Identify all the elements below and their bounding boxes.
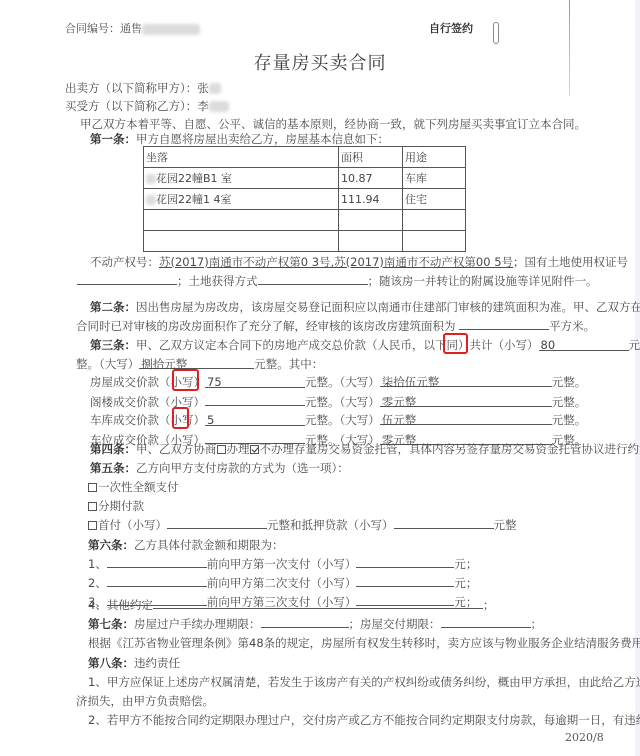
- price-item-mid: 元整。（大写）: [305, 375, 380, 389]
- article-3-text: 甲、乙双方议定本合同下的房地产成交总价款（人民币，以下同）共计（小写）: [136, 338, 539, 352]
- article-2-line2: 合同时已对审核的房改房面积作了充分了解，经审核的该房改房建筑面积为 平方米。: [76, 318, 595, 334]
- price-item-small: 5: [205, 413, 305, 426]
- price-item-row: 阁楼成交价款（小写）元整。（大写）零元整元整。: [90, 393, 586, 410]
- installment-amount-blank: [356, 575, 454, 587]
- cell-area: [339, 231, 403, 252]
- article-5-heading: 第五条：: [90, 461, 136, 475]
- header-area: 面积: [339, 147, 403, 168]
- installment-number: 1、: [88, 557, 107, 571]
- article-6-text: 乙方具体付款金额和期限为：: [134, 538, 284, 552]
- article-1-intro: 第一条：甲方自愿将房屋出卖给乙方，房屋基本信息如下：: [90, 131, 389, 147]
- redacted-block: [146, 195, 156, 205]
- installment-date-blank: [107, 575, 207, 587]
- clause-1-line2: 济损失，由甲方负责赔偿。: [76, 693, 214, 709]
- location-text: 花园22幢B1 室: [156, 172, 232, 185]
- article-7-heading: 第七条：: [88, 617, 134, 631]
- installment-checkbox[interactable]: [88, 502, 97, 511]
- installment-row: 2、前向甲方第二次支付（小写）元；: [88, 575, 477, 591]
- attachment-note: ；随该房一并转让的附属设施等详见附件一。: [368, 274, 598, 288]
- land-cert-blank: [77, 273, 177, 285]
- buyer-label: 买受方（以下简称乙方）：: [65, 99, 197, 113]
- cell-usage: 住宅: [403, 189, 466, 210]
- escrow-not-handle-label: 不办理存量房交易资金托管，具体内容另签存量房交易资金托管协议进行约定。: [260, 442, 640, 456]
- installment-number: 2、: [88, 576, 107, 590]
- article-3-line1: 第三条：甲、乙双方议定本合同下的房地产成交总价款（人民币，以下同）共计（小写）8…: [90, 337, 640, 353]
- clause-2-line: 2、若甲方不能按合同约定期限办理过户，交付房产或乙方不能按合同约定期限支付房款，…: [88, 712, 640, 728]
- cell-usage: [403, 210, 466, 231]
- installment-end: 元；: [454, 576, 477, 590]
- redacted-block: [142, 24, 200, 35]
- installment-text: 前向甲方第一次支付（小写）: [207, 557, 357, 571]
- article-1-heading: 第一条：: [90, 132, 136, 146]
- page-edge-line: [569, 0, 570, 96]
- escrow-handle-label: 办理: [227, 442, 250, 456]
- print-date: 2020/8: [565, 731, 604, 744]
- article-6-heading: 第六条：: [88, 538, 134, 552]
- price-item-mid: 元整。（大写）: [305, 413, 380, 427]
- installment-text: 前向甲方第二次支付（小写）: [207, 576, 357, 590]
- article-3-heading: 第三条：: [90, 338, 136, 352]
- yuan-label: 元整: [494, 518, 517, 532]
- article-3-line2: 整。（大写）捌拾元整元整。其中：: [76, 356, 323, 372]
- article-4-text: 甲、乙双方协商: [136, 442, 217, 456]
- yuan-label: 元: [629, 338, 640, 352]
- paperclip-icon: [493, 22, 499, 44]
- installment-amount-blank: [356, 556, 454, 568]
- property-cert-line: 不动产权号：苏(2017)南通市不动产权第0 3号,苏(2017)南通市不动产权…: [90, 254, 628, 270]
- table-row: 花园22幢1 4室 111.94 住宅: [144, 189, 466, 210]
- installment-row: 1、前向甲方第一次支付（小写）元；: [88, 556, 477, 572]
- total-price-big: 捌拾元整: [139, 356, 254, 369]
- article-1-text: 甲方自愿将房屋出卖给乙方，房屋基本信息如下：: [136, 132, 389, 146]
- other-agreement-line: 4、其他约定；: [88, 597, 494, 613]
- payment-option-installment: 分期付款: [88, 498, 144, 514]
- installment-label: 分期付款: [98, 499, 144, 513]
- area-blank: [459, 318, 549, 330]
- buyer-line: 买受方（以下简称乙方）：李: [65, 98, 229, 114]
- semicolon: ；: [531, 617, 543, 631]
- header-usage: 用途: [403, 147, 466, 168]
- table-row: [144, 231, 466, 252]
- price-item-end: 元整。: [552, 413, 587, 427]
- escrow-handle-checkbox[interactable]: [217, 445, 226, 454]
- property-info-table: 坐落 面积 用途 花园22幢B1 室 10.87 车库 花园22幢1 4室 11…: [143, 146, 466, 252]
- escrow-not-handle-checkbox[interactable]: [250, 445, 259, 454]
- total-price-small: 80: [539, 338, 629, 351]
- cell-location: 花园22幢1 4室: [144, 189, 339, 210]
- highlight-price-item: [172, 407, 189, 429]
- regulation-note: 根据《江苏省物业管理条例》第48条的规定，房屋所有权发生转移时，卖方应该与物业服…: [88, 635, 640, 651]
- article-2-heading: 第二条：: [90, 300, 136, 314]
- down-payment-checkbox[interactable]: [88, 521, 97, 530]
- article-2-line1: 第二条：因出售房屋为房改房，该房屋交易登记面积应以南通市住建部门审核的建筑面积为…: [90, 299, 640, 315]
- cell-usage: 车库: [403, 168, 466, 189]
- clause-1-line1: 1、甲方应保证上述房产权属清楚，若发生于该房产有关的产权纠纷或债务纠纷，概由甲方…: [88, 674, 640, 690]
- other-agreement-label: 4、其他约定: [88, 598, 153, 612]
- sign-type-label: 自行签约: [429, 20, 473, 36]
- article-4-line: 第四条：甲、乙双方协商办理不办理存量房交易资金托管，具体内容另签存量房交易资金托…: [90, 441, 640, 457]
- article-2-text: 因出售房屋为房改房，该房屋交易登记面积应以南通市住建部门审核的建筑面积为准。甲、…: [136, 300, 640, 314]
- price-item-end: 元整。: [552, 375, 587, 389]
- redacted-block: [209, 83, 221, 94]
- payment-option-mortgage: 首付（小写）元整和抵押贷款（小写）元整: [88, 517, 517, 533]
- installment-date-blank: [107, 556, 207, 568]
- cell-usage: [403, 231, 466, 252]
- of-which-label: 元整。其中：: [254, 357, 323, 371]
- land-method-blank: [258, 273, 368, 285]
- seller-label: 出卖方（以下简称甲方）：: [65, 81, 197, 95]
- land-cert-label: ；国有土地使用权证号: [513, 255, 628, 269]
- cell-location: 花园22幢B1 室: [144, 168, 339, 189]
- mortgage-blank: [394, 517, 494, 529]
- table-row: [144, 210, 466, 231]
- installment-end: 元；: [454, 557, 477, 571]
- redacted-block: [146, 174, 156, 184]
- cell-location: [144, 210, 339, 231]
- highlight-price-item: [172, 369, 199, 391]
- buyer-name: 李: [197, 99, 209, 113]
- document-title: 存量房买卖合同: [0, 49, 640, 75]
- price-item-small: [205, 393, 305, 406]
- header-location: 坐落: [144, 147, 339, 168]
- area-unit: 平方米。: [549, 319, 595, 333]
- down-payment-blank: [167, 517, 267, 529]
- delivery-deadline-label: ；房屋交付期限：: [349, 617, 441, 631]
- delivery-deadline-blank: [441, 616, 531, 628]
- full-payment-checkbox[interactable]: [88, 483, 97, 492]
- land-method-line: ；土地获得方式；随该房一并转让的附属设施等详见附件一。: [77, 273, 598, 289]
- redacted-block: [209, 101, 229, 112]
- cell-location: [144, 231, 339, 252]
- article-8-line: 第八条：违约责任: [88, 655, 180, 671]
- article-6-line: 第六条：乙方具体付款金额和期限为：: [88, 537, 284, 553]
- cell-area: [339, 210, 403, 231]
- transfer-deadline-blank: [261, 616, 349, 628]
- big-label: 整。（大写）: [76, 357, 139, 371]
- price-item-small: 75: [205, 375, 305, 388]
- highlight-total-price: [443, 333, 468, 354]
- article-7-line: 第七条：房屋过户手续办理期限：；房屋交付期限：；: [88, 616, 542, 632]
- full-payment-label: 一次性全额支付: [98, 480, 179, 494]
- article-5-text: 乙方向甲方支付房款的方式为（选一项）：: [136, 461, 349, 475]
- cell-area: 111.94: [339, 189, 403, 210]
- article-4-heading: 第四条：: [90, 442, 136, 456]
- price-item-big: 零元整: [380, 394, 552, 407]
- article-2-text-2: 合同时已对审核的房改房面积作了充分了解，经审核的该房改房建筑面积为: [76, 319, 456, 333]
- down-payment-label: 首付（小写）: [98, 518, 167, 532]
- location-text: 花园22幢1 4室: [156, 193, 232, 206]
- transfer-deadline-label: 房屋过户手续办理期限：: [134, 617, 261, 631]
- price-item-mid: 元整。（大写）: [305, 395, 380, 409]
- contract-number: 合同编号：通售: [65, 20, 200, 36]
- cert-label: 不动产权号：: [90, 255, 159, 269]
- price-item-row: 车库成交价款（小写）5元整。（大写）伍元整元整。: [90, 412, 586, 428]
- semicolon: ；: [483, 598, 495, 612]
- price-item-row: 房屋成交价款（小写）75元整。（大写）柒拾伍元整元整。: [90, 374, 586, 390]
- article-8-title: 违约责任: [134, 656, 180, 670]
- price-item-end: 元整。: [552, 395, 587, 409]
- seller-line: 出卖方（以下简称甲方）：张: [65, 80, 221, 96]
- table-row: 花园22幢B1 室 10.87 车库: [144, 168, 466, 189]
- cert-value: 苏(2017)南通市不动产权第0 3号,苏(2017)南通市不动产权第00 5号: [159, 255, 513, 269]
- land-method-label: ；土地获得方式: [177, 274, 258, 288]
- price-item-big: 伍元整: [380, 412, 552, 425]
- article-5-line: 第五条：乙方向甲方支付房款的方式为（选一项）：: [90, 460, 349, 476]
- mortgage-label: 元整和抵押贷款（小写）: [267, 518, 394, 532]
- cell-area: 10.87: [339, 168, 403, 189]
- price-item-big: 柒拾伍元整: [380, 374, 552, 387]
- payment-option-full: 一次性全额支付: [88, 479, 179, 495]
- article-8-heading: 第八条：: [88, 656, 134, 670]
- other-agreement-blank: [153, 597, 483, 609]
- preamble: 甲乙双方本着平等、自愿、公平、诚信的基本原则，经协商一致，就下列房屋买卖事宜订立…: [80, 116, 586, 132]
- seller-name: 张: [197, 81, 209, 95]
- table-header-row: 坐落 面积 用途: [144, 147, 466, 168]
- contract-number-label: 合同编号：通售: [65, 22, 142, 35]
